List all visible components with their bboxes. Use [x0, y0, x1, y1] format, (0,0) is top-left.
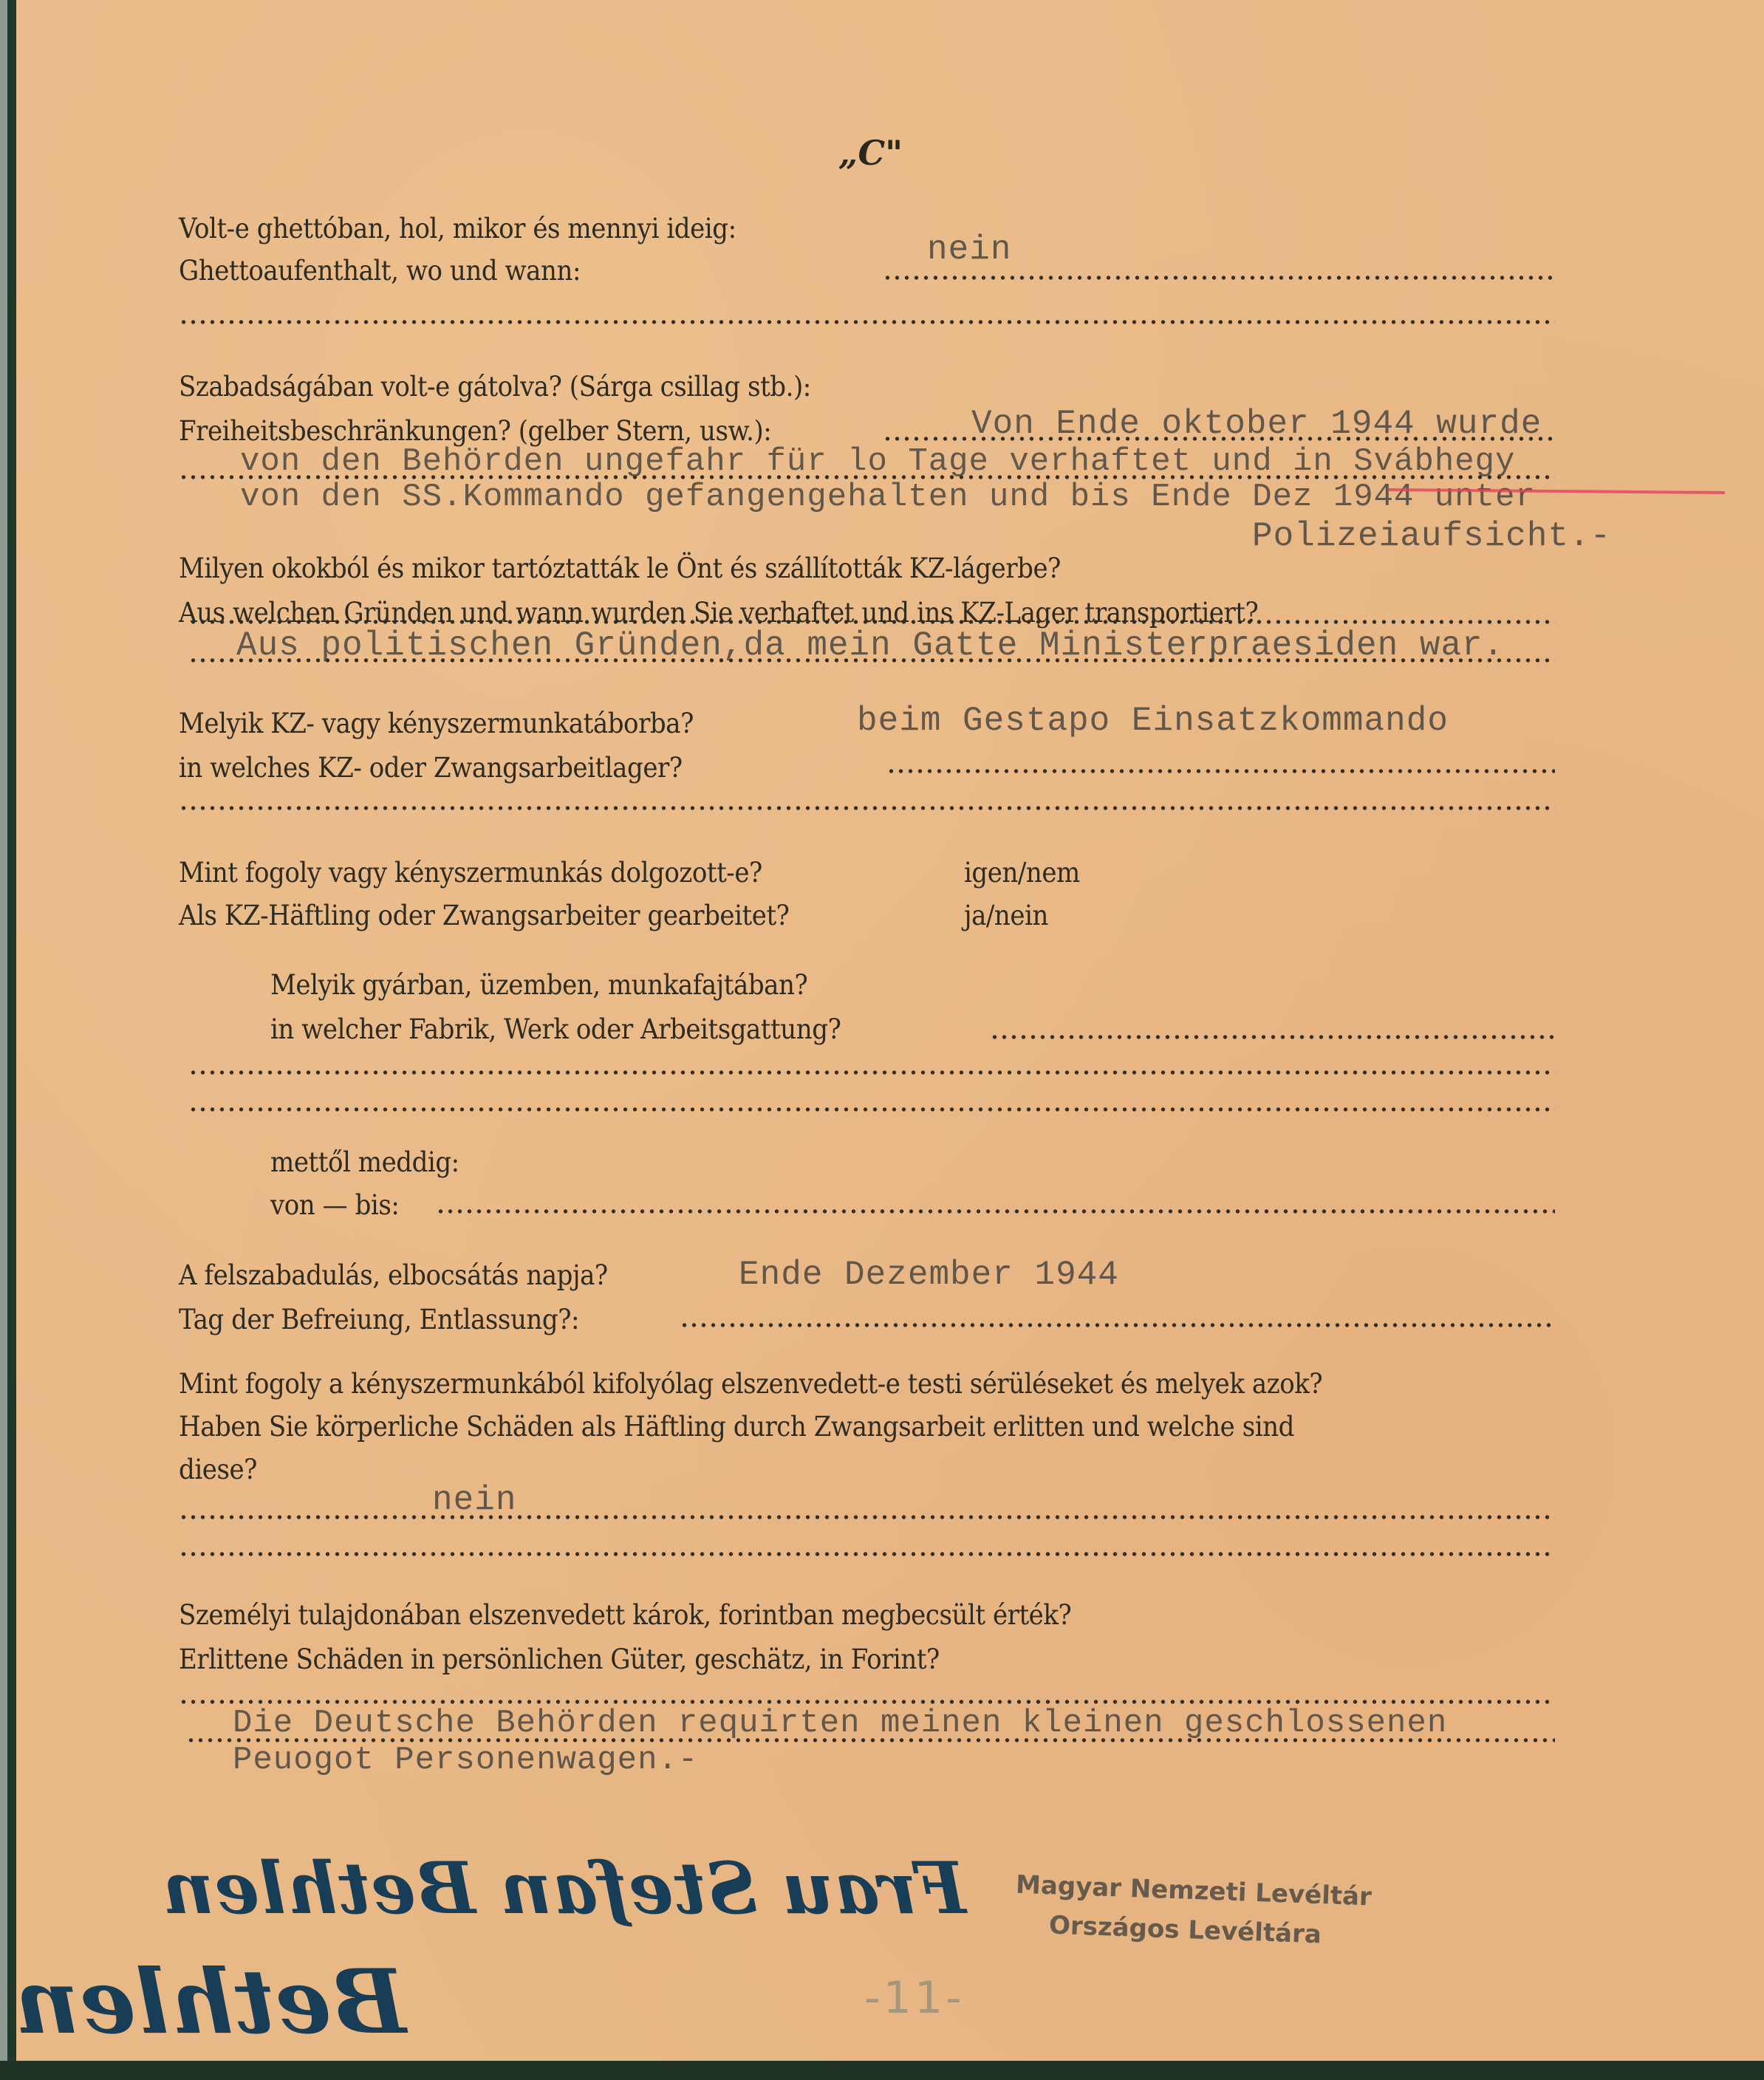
answer-line — [680, 1322, 1555, 1328]
question-freedom-hu: Szabadságában volt-e gátolva? (Sárga csi… — [179, 371, 811, 403]
answer-line — [990, 1034, 1555, 1040]
question-arrest-hu: Milyen okokból és mikor tartóztatták le … — [179, 552, 1061, 584]
answer-property-line2: Peuogot Personenwagen.- — [233, 1742, 698, 1779]
page-number: -11- — [864, 1972, 965, 2024]
question-ghetto-hu: Volt-e ghettóban, hol, mikor és mennyi i… — [179, 213, 736, 244]
answer-freedom-line3: von den SS.Kommando gefangengehalten und… — [240, 479, 1536, 516]
answer-line — [188, 1106, 1555, 1112]
question-freedom-de: Freiheitsbeschränkungen? (gelber Stern, … — [179, 415, 771, 447]
question-factory-hu: Melyik gyárban, üzemben, munkafajtában? — [270, 969, 807, 1001]
answer-line — [179, 1551, 1555, 1557]
section-mark: „C" — [838, 133, 903, 173]
options-worked-hu: igen/nem — [964, 857, 1080, 889]
answer-line — [179, 805, 1555, 811]
answer-liberation: Ende Dezember 1944 — [739, 1256, 1119, 1294]
answer-line — [188, 1070, 1555, 1075]
answer-line — [883, 275, 1555, 281]
question-camp-hu: Melyik KZ- vagy kényszermunkatáborba? — [179, 708, 694, 739]
answer-line — [188, 657, 1555, 663]
question-period-de: von — bis: — [270, 1189, 399, 1221]
question-camp-de: in welches KZ- oder Zwangsarbeitlager? — [179, 752, 683, 784]
answer-camp: beim Gestapo Einsatzkommando — [857, 702, 1449, 740]
handwritten-signature-surname: Bethlen — [15, 1950, 406, 2054]
question-worked-hu: Mint fogoly vagy kényszermunkás dolgozot… — [179, 857, 762, 889]
question-property-hu: Személyi tulajdonában elszenvedett károk… — [179, 1599, 1071, 1631]
answer-line — [188, 619, 1555, 625]
answer-freedom-line1: Von Ende oktober 1944 wurde — [971, 405, 1542, 443]
handwritten-signature: Frau Stefan Bethlen — [163, 1847, 966, 1930]
binding-edge — [0, 0, 7, 2080]
question-factory-de: in welcher Fabrik, Werk oder Arbeitsgatt… — [270, 1013, 841, 1045]
options-worked-de: ja/nein — [964, 900, 1048, 931]
answer-property-line1: Die Deutsche Behörden requirten meinen k… — [233, 1705, 1447, 1742]
answer-line — [179, 319, 1555, 325]
binding-strip — [7, 0, 16, 2080]
answer-freedom-line4: Polizeiaufsicht.- — [1252, 517, 1611, 555]
question-injuries-de: Haben Sie körperliche Schäden als Häftli… — [179, 1411, 1294, 1443]
question-ghetto-de: Ghettoaufenthalt, wo und wann: — [179, 255, 581, 287]
question-injuries-hu: Mint fogoly a kényszermunkából kifolyóla… — [179, 1368, 1322, 1400]
answer-ghetto: nein — [927, 230, 1011, 269]
bottom-binding-edge — [0, 2061, 1764, 2080]
answer-line — [179, 1699, 1555, 1705]
question-worked-de: Als KZ-Häftling oder Zwangsarbeiter gear… — [179, 900, 789, 931]
question-injuries-de-cont: diese? — [179, 1454, 257, 1485]
answer-line — [436, 1208, 1555, 1214]
question-liberation-hu: A felszabadulás, elbocsátás napja? — [179, 1259, 608, 1291]
answer-line — [179, 1514, 1555, 1520]
question-liberation-de: Tag der Befreiung, Entlassung?: — [179, 1304, 579, 1335]
answer-freedom-line2: von den Behörden ungefahr für lo Tage ve… — [240, 443, 1515, 480]
answer-line — [886, 768, 1555, 774]
question-property-de: Erlittene Schäden in persönlichen Güter,… — [179, 1643, 940, 1675]
question-period-hu: mettől meddig: — [270, 1146, 459, 1178]
